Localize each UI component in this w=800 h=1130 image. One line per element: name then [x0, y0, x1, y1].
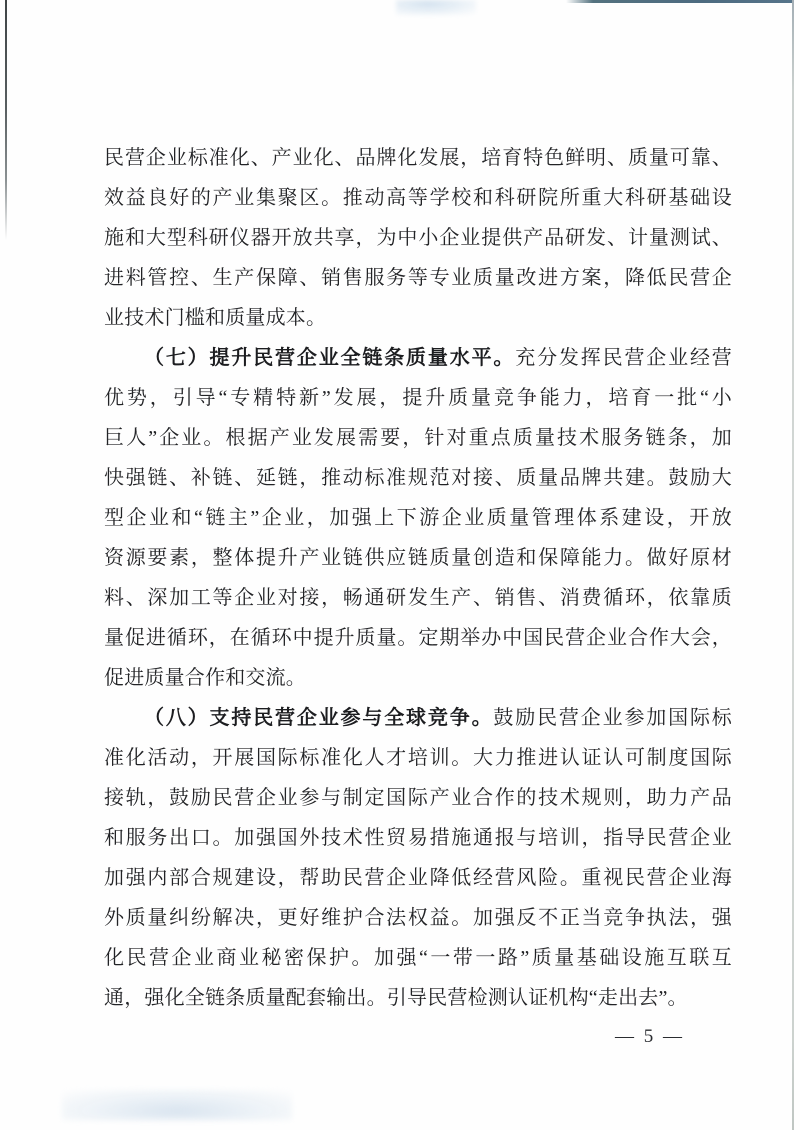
text-line: 加强内部合规建设，帮助民营企业降低经营风险。重视民营企业海 — [104, 858, 732, 898]
text-line: 通，强化全链条质量配套输出。引导民营检测认证机构“走出去”。 — [104, 978, 732, 1018]
text-line: 进料管控、生产保障、销售服务等专业质量改进方案，降低民营企 — [104, 258, 732, 298]
text-line: （七）提升民营企业全链条质量水平。充分发挥民营企业经营 — [104, 338, 732, 378]
paragraph: 民营企业标准化、产业化、品牌化发展，培育特色鲜明、质量可靠、效益良好的产业集聚区… — [104, 138, 732, 338]
text-line: 民营企业标准化、产业化、品牌化发展，培育特色鲜明、质量可靠、 — [104, 138, 732, 178]
text-line: （八）支持民营企业参与全球竞争。鼓励民营企业参加国际标 — [104, 698, 732, 738]
text-line: 料、深加工等企业对接，畅通研发生产、销售、消费循环，依靠质 — [104, 578, 732, 618]
text-line: 接轨，鼓励民营企业参与制定国际产业合作的技术规则，助力产品 — [104, 778, 732, 818]
section-heading: （八）支持民营企业参与全球竞争。 — [144, 707, 493, 729]
text-line: 资源要素，整体提升产业链供应链质量创造和保障能力。做好原材 — [104, 538, 732, 578]
section-heading: （七）提升民营企业全链条质量水平。 — [144, 347, 515, 369]
paragraph: （七）提升民营企业全链条质量水平。充分发挥民营企业经营优势，引导“专精特新”发展… — [104, 338, 732, 698]
scan-artifact-left-edge-line — [5, 0, 7, 240]
page-number: — 5 — — [615, 1026, 695, 1048]
scan-artifact-right-edge-line — [792, 0, 794, 1130]
text-line: 外质量纠纷解决，更好维护合法权益。加强反不正当竞争执法，强 — [104, 898, 732, 938]
paragraph: （八）支持民营企业参与全球竞争。鼓励民营企业参加国际标准化活动，开展国际标准化人… — [104, 698, 732, 1018]
text-line: 快强链、补链、延链，推动标准规范对接、质量品牌共建。鼓励大 — [104, 458, 732, 498]
text-line: 化民营企业商业秘密保护。加强“一带一路”质量基础设施互联互 — [104, 938, 732, 978]
text-line: 准化活动，开展国际标准化人才培训。大力推进认证认可制度国际 — [104, 738, 732, 778]
scanned-document-page: 民营企业标准化、产业化、品牌化发展，培育特色鲜明、质量可靠、效益良好的产业集聚区… — [0, 0, 800, 1130]
text-line: 施和大型科研仪器开放共享，为中小企业提供产品研发、计量测试、 — [104, 218, 732, 258]
text-line: 促进质量合作和交流。 — [104, 658, 732, 698]
scan-artifact-top-smudge — [396, 0, 476, 15]
text-line: 量促进循环，在循环中提升质量。定期举办中国民营企业合作大会， — [104, 618, 732, 658]
text-line: 优势，引导“专精特新”发展，提升质量竞争能力，培育一批“小 — [104, 378, 732, 418]
text-line: 和服务出口。加强国外技术性贸易措施通报与培训，指导民营企业 — [104, 818, 732, 858]
text-line: 业技术门槛和质量成本。 — [104, 298, 732, 338]
text-line: 型企业和“链主”企业，加强上下游企业质量管理体系建设，开放 — [104, 498, 732, 538]
scan-artifact-bottom-smudge — [62, 1090, 292, 1120]
text-line: 巨人”企业。根据产业发展需要，针对重点质量技术服务链条，加 — [104, 418, 732, 458]
scan-artifact-top-edge-line — [566, 0, 792, 3]
document-body: 民营企业标准化、产业化、品牌化发展，培育特色鲜明、质量可靠、效益良好的产业集聚区… — [104, 138, 732, 1018]
text-line: 效益良好的产业集聚区。推动高等学校和科研院所重大科研基础设 — [104, 178, 732, 218]
